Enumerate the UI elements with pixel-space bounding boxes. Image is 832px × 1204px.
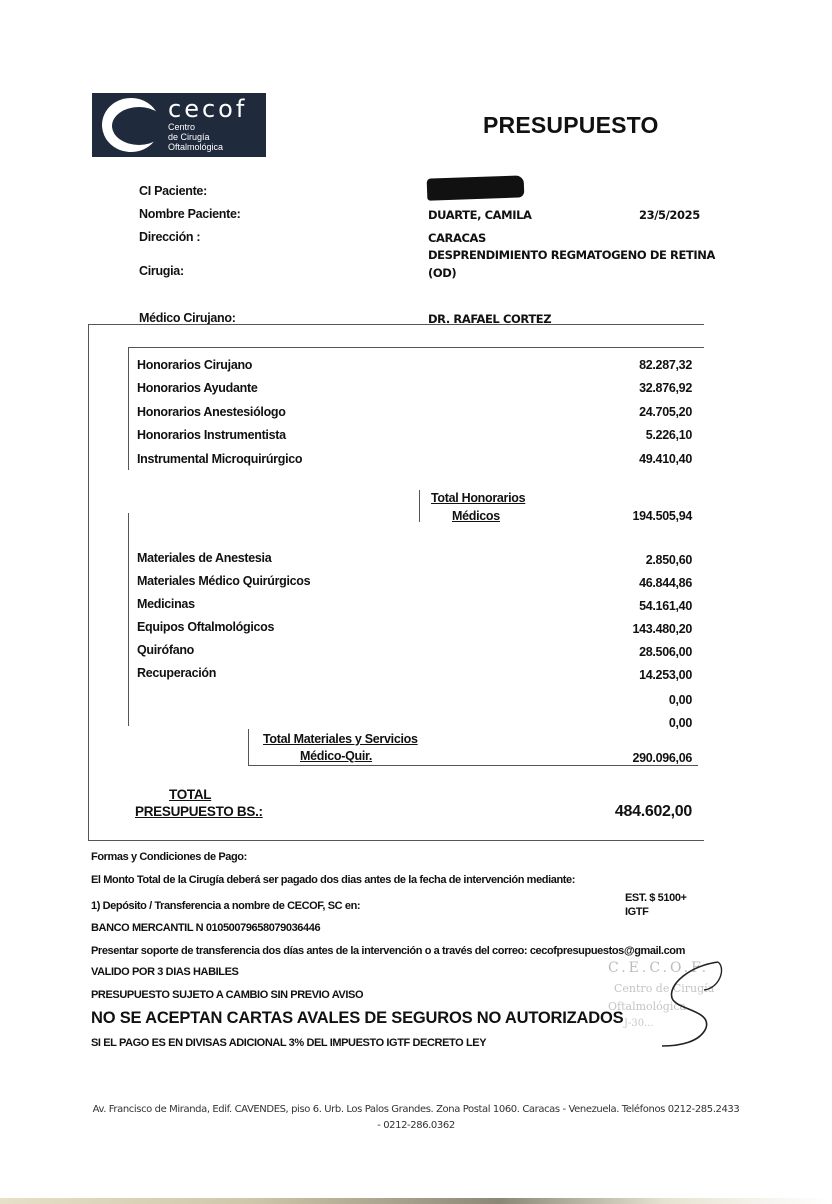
material-amount: 0,00 — [572, 716, 692, 730]
address-label: Dirección : — [139, 230, 200, 244]
ci-label: CI Paciente: — [139, 184, 207, 198]
material-label: Materiales Médico Quirúrgicos — [137, 574, 310, 588]
material-amount: 28.506,00 — [572, 645, 692, 659]
material-amount: 54.161,40 — [572, 599, 692, 613]
fees-total-label-line2: Médicos — [452, 509, 500, 523]
fee-amount: 82.287,32 — [572, 358, 692, 372]
logo-line-3: Oftalmológica — [168, 142, 223, 152]
footer-phone: - 0212-286.0362 — [40, 1120, 792, 1131]
material-label: Equipos Oftalmológicos — [137, 620, 274, 634]
fees-total-amount: 194.505,94 — [572, 509, 692, 523]
material-label: Materiales de Anestesia — [137, 551, 271, 565]
signature-icon — [600, 958, 770, 1048]
material-amount: 2.850,60 — [572, 553, 692, 567]
document-title: PRESUPUESTO — [483, 112, 659, 139]
material-label: Quirófano — [137, 643, 194, 657]
surgery-label: Cirugia: — [139, 264, 184, 278]
deposit-instructions: 1) Depósito / Transferencia a nombre de … — [91, 900, 360, 912]
materials-total-label-line1: Total Materiales y Servicios — [263, 732, 418, 746]
inner-box-top — [128, 347, 704, 348]
outer-box-bottom — [88, 840, 704, 841]
logo-line-2: de Cirugía — [168, 132, 210, 142]
footer-address: Av. Francisco de Miranda, Edif. CAVENDES… — [40, 1104, 792, 1115]
address-value: CARACAS — [428, 231, 486, 245]
fees-total-label-line1: Total Honorarios — [431, 491, 525, 505]
fee-amount: 32.876,92 — [572, 381, 692, 395]
estimate-usd: EST. $ 5100+ — [625, 892, 687, 904]
outer-box-left — [88, 324, 89, 840]
igtf-note: SI EL PAGO ES EN DIVISAS ADICIONAL 3% DE… — [91, 1037, 486, 1049]
patient-name-label: Nombre Paciente: — [139, 207, 240, 221]
no-insurance-note: NO SE ACEPTAN CARTAS AVALES DE SEGUROS N… — [91, 1009, 623, 1028]
bank-account: BANCO MERCANTIL N 01050079658079036446 — [91, 922, 320, 934]
fee-label: Honorarios Ayudante — [137, 381, 257, 395]
fee-label: Instrumental Microquirúrgico — [137, 452, 302, 466]
material-amount: 14.253,00 — [572, 668, 692, 682]
material-label: Recuperación — [137, 666, 216, 680]
company-stamp: C.E.C.O.F. Centro de Cirugía Oftalmológi… — [600, 958, 770, 1048]
cecof-logo: cecof Centro de Cirugía Oftalmológica — [92, 93, 266, 157]
patient-name-value: DUARTE, CAMILA — [428, 208, 532, 222]
material-amount: 0,00 — [572, 693, 692, 707]
fee-amount: 49.410,40 — [572, 452, 692, 466]
ci-redacted-value — [427, 175, 525, 200]
materials-total-amount: 290.096,06 — [572, 751, 692, 765]
estimate-igtf: IGTF — [625, 906, 648, 918]
terms-heading: Formas y Condiciones de Pago: — [91, 851, 247, 863]
materials-total-divider — [248, 729, 249, 765]
inner-box-left-1 — [128, 347, 129, 470]
surgeon-label: Médico Cirujano: — [139, 311, 236, 325]
fee-amount: 5.226,10 — [572, 428, 692, 442]
grand-total-amount: 484.602,00 — [550, 803, 692, 821]
fee-amount: 24.705,20 — [572, 405, 692, 419]
subject-to-change-note: PRESUPUESTO SUJETO A CAMBIO SIN PREVIO A… — [91, 989, 363, 1001]
outer-box-top — [88, 324, 704, 325]
material-amount: 46.844,86 — [572, 576, 692, 590]
materials-total-label-line2: Médico-Quir. — [300, 749, 372, 763]
logo-line-1: Centro — [168, 122, 195, 132]
surgery-value-line2: (OD) — [428, 266, 456, 280]
materials-total-underline — [248, 765, 698, 766]
material-label: Medicinas — [137, 597, 195, 611]
inner-box-left-2 — [128, 513, 129, 726]
grand-total-label-line2: PRESUPUESTO BS.: — [135, 804, 263, 819]
grand-total-label-line1: TOTAL — [169, 787, 211, 802]
transfer-support-note: Presentar soporte de transferencia dos d… — [91, 945, 685, 957]
terms-line1: El Monto Total de la Cirugía deberá ser … — [91, 874, 575, 886]
surgery-value-line1: DESPRENDIMIENTO REGMATOGENO DE RETINA — [428, 248, 715, 262]
fees-total-divider — [419, 490, 420, 522]
fee-label: Honorarios Cirujano — [137, 358, 252, 372]
scan-edge — [0, 1198, 832, 1204]
fee-label: Honorarios Instrumentista — [137, 428, 286, 442]
logo-wordmark: cecof — [168, 95, 247, 123]
material-amount: 143.480,20 — [572, 622, 692, 636]
fee-label: Honorarios Anestesiólogo — [137, 405, 286, 419]
document-date: 23/5/2025 — [639, 208, 700, 222]
validity-note: VALIDO POR 3 DIAS HABILES — [91, 966, 238, 978]
